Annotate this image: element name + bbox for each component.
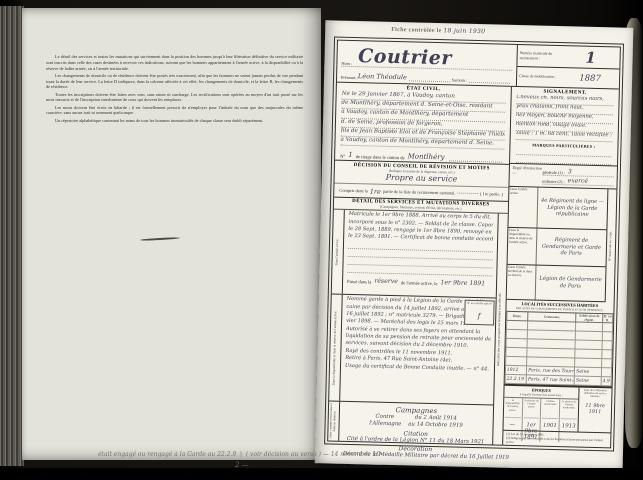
book-page-edges-left [0,6,24,466]
corps-row-territoriale: Dans l'armée territoriale et dans sa rés… [506,265,605,302]
epoques-col-value: — [504,422,520,428]
instruction-paragraph: Toutes les inscriptions doivent être fai… [46,92,303,104]
compris-number: 1re [370,187,381,195]
ink-mark [140,237,180,241]
localites-dor: 4.9 [601,377,611,386]
corps-row-active: Dans l'armée active. 4e Régiment de lign… [508,187,607,230]
name-cell: Nom : Coutrier Prénoms : Léon Théodule S… [337,41,518,86]
localites-subdivision: Seine [574,376,601,386]
generale-value: 3 [568,168,572,175]
nom-line: Nom : Coutrier [341,42,513,71]
compris-suffix: partie de la liste du recrutement canton… [383,189,456,196]
liberation-header: Date de la libération définitive du serv… [580,389,610,399]
signalement-lines: Cheveux ch. noirs, sourcils noirs, yeux … [510,95,618,143]
service-block-reserve: Dans la disponibilité et dans la réserve… [329,294,495,405]
nom-label: Nom : [341,61,352,66]
corps-row-label: Dans l'armée active. [508,187,538,228]
corps-row-value: Légion de Gendarmerie de Paris [535,266,605,302]
matricule-form: Nom : Coutrier Prénoms : Léon Théodule S… [327,40,621,449]
left-page: Le détail des services et toutes les mut… [22,8,321,460]
militaire-label: militaire (2) : [542,179,564,185]
epoques-section: ÉPOQUES à laquelle l'homme doit passer d… [503,384,611,432]
epoques-col-value: 1913 [561,423,577,429]
footnotes: (1) Loi du 15 novembre 1891. (2) Indique… [503,429,611,447]
localites-header-dor: D. ou R. [602,314,612,323]
etat-civil-lines: Né le 29 Janvier 1867, à Vaudoy, canton … [335,91,510,150]
form-right-column: SIGNALEMENT. Cheveux ch. noirs, sourcils… [503,87,619,448]
footnote: (2) Indiquer par une accolade tous les h… [506,436,607,447]
side-label-territoriale: Dans l'armée territoriale et dans sa rés… [330,402,338,441]
classe-box: Classe de mobilisation : 1887 [517,67,619,88]
localites-date: 22.2.19 [505,374,527,384]
epoques-col-header: la réserve de l'armée territoriale. [561,400,577,419]
form-left-column: ÉTAT CIVIL. Né le 29 Janvier 1867, à Vau… [328,83,511,445]
side-label-armee-active: Dans l'armée active. [336,238,340,265]
corps-indication-strip: Indication des corps auxquels les hommes… [497,292,502,366]
matricule-cell: Numéro matricule du recrutement : 1 Clas… [517,45,620,88]
tirage-prefix: N° [340,154,345,159]
epoques-col-header: la réserve de l'armée active. [523,399,539,418]
compris-paren: ( 1re partie. ) [480,191,503,197]
militaire-value: exercé [568,177,588,184]
corps-row-label: Dans la disponibilité ou dans la réserve… [507,228,537,265]
service-block-territoriale: Dans l'armée territoriale et dans sa rés… [328,401,493,445]
instruction-section: Degré d'instruction — générale (1) : 3 m… [509,163,617,190]
dotted-fill [469,82,510,84]
corps-affectation: Dans l'armée active. 4e Régiment de lign… [506,187,616,303]
service-block-armee-active: Dans l'armée active. Matricule le 1er 9b… [332,210,498,298]
tirage-mid: de tirage dans le canton de [356,154,405,160]
scanned-register-spread: Le détail des services et toutes les mut… [0,0,643,480]
instruction-militaire-row: militaire (2) : exercé [542,176,613,187]
signalement-line: Taille : 1 m. 68 cent. Taille rectifiée … [515,131,612,142]
passe-reserve-line: Passé dans la réserve de l'armée active,… [347,273,492,288]
epoques-col-header: la disponibilité de l'armée active. [505,399,521,418]
compris-prefix: Compris dans la [339,188,368,194]
corps-row-value: Régiment de Gendarmerie et Garde de Pari… [536,229,606,267]
classe-value: 1887 [563,73,617,84]
controle-special-box: N° au contrôle spécial f [464,300,495,326]
active-service-lines: Matricule le 1er 9bre 1888. Arrivé au co… [348,211,493,244]
services-body: Dans l'armée active. Matricule le 1er 9b… [328,210,507,445]
dotted-fill [457,193,478,195]
tirage-canton: Montlhéry [408,152,445,161]
passe-mid: de l'armée active, le [401,280,438,286]
instruction-paragraph: Les changements de domicile ou de réside… [46,73,303,90]
controle-label: N° au contrôle spécial [466,302,492,306]
scan-bottom-bar [0,468,643,480]
epoques-col-header: l'armée territoriale. [542,400,558,419]
localites-dor [601,368,611,377]
instruction-paragraph: Le détail des services et toutes les mut… [46,54,303,71]
corps-matricule-strip: N° matricule au corps. [609,231,613,261]
localites-commune: Paris, 47 rue Saint-Antoine (4e) [526,375,574,385]
prenoms-line: Prénoms : Léon Théodule Surnom : [341,67,512,84]
right-page: Fiche contrôlée le 18 juin 1930 Nom : Co… [315,20,634,470]
instruction-label: Degré d'instruction — [512,166,542,185]
dotted-fill [449,161,501,163]
stamp-printed-text: Fiche contrôlée le [391,27,442,34]
matricule-value: 1 [563,48,617,67]
stamp-date-handwritten: 18 juin 1930 [443,27,485,35]
generale-label: générale (1) : [543,170,565,176]
liberation-value: 11 9bre 1911 [580,402,610,415]
controle-value: f [478,312,481,320]
dotted-fill [409,80,450,82]
pencil-annotation: était engagé ou rengagé à la Garde au 22… [98,451,458,458]
corps-row-value: 4e Régiment de ligne — Légion de la Gard… [537,188,607,230]
corps-row-disponibilite: Dans la disponibilité ou dans la réserve… [507,228,606,267]
control-stamp: Fiche contrôlée le 18 juin 1930 [391,26,485,35]
annotation-left: était engagé ou rengagé à la Garde au 22… [98,451,236,458]
matricule-label: Numéro matricule du recrutement : [520,51,564,62]
prenoms-label: Prénoms : [341,75,358,80]
passe-prefix: Passé dans la [347,279,371,285]
form-header-row: Nom : Coutrier Prénoms : Léon Théodule S… [337,41,620,90]
tirage-number: 1 [348,151,353,159]
instruction-paragraph: Un répertoire alphabétique contenant les… [46,118,303,124]
instructions-block: Le détail des services et toutes les mut… [46,54,303,125]
corps-row-label: Dans l'armée territoriale et dans sa rés… [506,265,536,300]
epoques-col-value: 1901 [542,423,558,429]
passe-date: 1er 9bre 1891 [440,279,485,287]
annotation-right: ( voir décision au verso ) — 14 novembre… [246,451,380,458]
side-label-reserve: Dans la disponibilité et dans la réserve… [333,310,338,385]
liberation-column: Date de la libération définitive du serv… [577,388,611,432]
classe-label: Classe de mobilisation : [519,74,563,80]
localites-table: Dates. Communes. Subdivision de région. … [504,312,613,387]
nom-value: Coutrier [358,47,452,68]
instruction-paragraph: Les noms doivent être écrits en bâtarde … [46,105,303,117]
matricule-number-box: Numéro matricule du recrutement : 1 [517,45,620,70]
prenoms-value: Léon Théodule [358,72,407,81]
localites-section: LOCALITÉS SUCCESSIVES HABITÉES PAR SUITE… [504,300,613,387]
surnom-label: Surnom : [452,77,468,82]
passe-value: réserve [374,277,398,285]
